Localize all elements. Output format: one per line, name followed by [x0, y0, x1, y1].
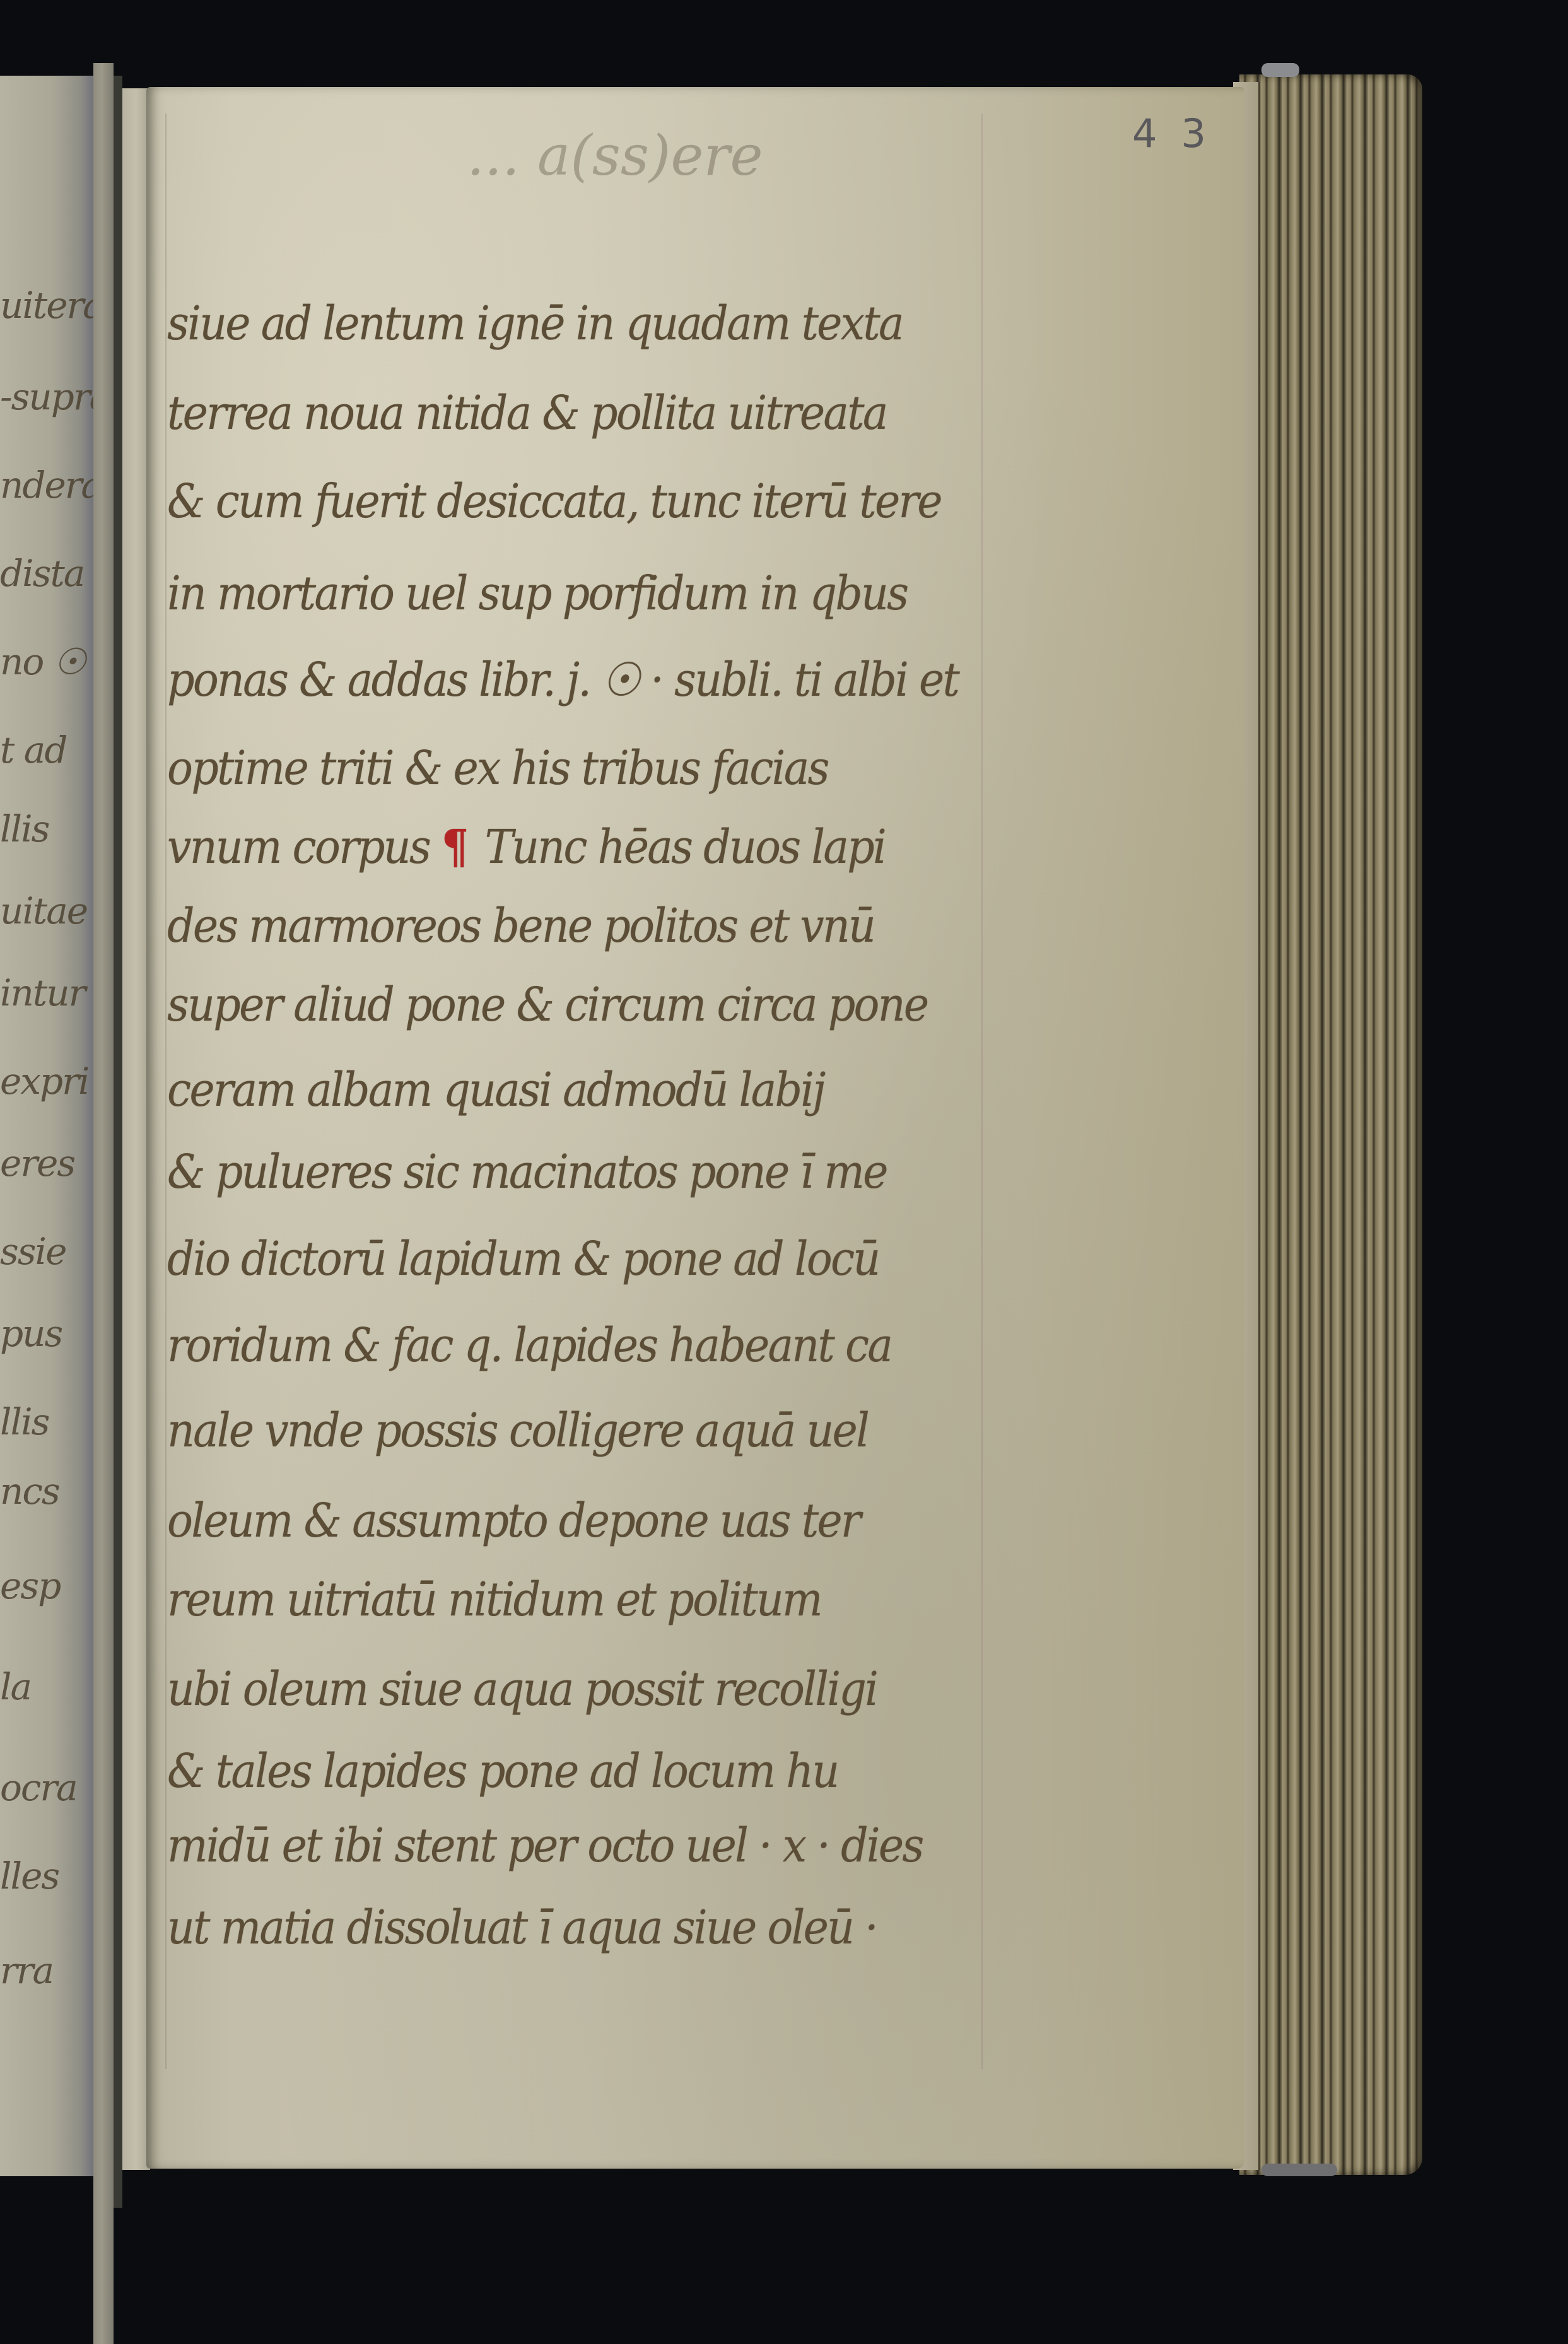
- text-line: midū et ibi stent per octo uel · x · die…: [167, 1819, 921, 1873]
- text-line: des marmoreos bene politos et vnū: [167, 899, 921, 953]
- gutter-shadow: [114, 76, 122, 2208]
- text-line: ceram albam quasi admodū labij: [167, 1063, 921, 1117]
- left-page-text: ocra: [0, 1766, 77, 1809]
- left-page-text: expri: [0, 1060, 88, 1103]
- text-segment: Tunc hēas duos lapi: [485, 820, 885, 874]
- faded-header-text: ... a(ss)ere: [467, 123, 763, 188]
- left-page-text: la: [0, 1665, 31, 1708]
- left-page-text: ssie: [0, 1230, 66, 1273]
- text-line: & tales lapides pone ad locum hu: [167, 1744, 921, 1798]
- left-page-text: llis: [0, 1400, 49, 1443]
- text-line: dio dictorū lapidum & pone ad locū: [167, 1232, 921, 1286]
- rubric-paragraph-mark: ¶: [442, 820, 467, 874]
- text-line: super aliud pone & circum circa pone: [167, 978, 921, 1032]
- folio-number: 43: [1132, 110, 1230, 156]
- left-page-text: intur: [0, 971, 85, 1014]
- left-page-text: pus: [0, 1312, 62, 1355]
- page-edges: [1239, 74, 1422, 2175]
- metal-clasp-top: [1261, 63, 1299, 77]
- left-page-text: t ad: [0, 729, 66, 771]
- text-line: & cum fuerit desiccata, tunc iterū tere: [167, 474, 921, 529]
- left-page-text: ndera: [0, 464, 95, 507]
- text-line: reum uitriatū nitidum et politum: [167, 1573, 921, 1627]
- left-page-text: lles: [0, 1855, 59, 1897]
- ruling-line-right: [981, 114, 983, 2069]
- text-line: nale vnde possis colligere aquā uel: [167, 1403, 921, 1458]
- text-line: & pulueres sic macinatos pone ī me: [167, 1145, 921, 1199]
- left-page-text: rra: [0, 1949, 53, 1992]
- text-line-with-rubric: vnum corpus ¶ Tunc hēas duos lapi: [167, 820, 921, 874]
- left-page-text: uitera: [0, 284, 95, 327]
- text-line: optime triti & ex his tribus facias: [167, 741, 921, 795]
- text-segment: vnum corpus: [167, 820, 430, 874]
- text-line: in mortario uel sup porfidum in qbus: [167, 566, 921, 621]
- text-line: roridum & fac q. lapides habeant ca: [167, 1318, 921, 1373]
- text-line: ubi oleum siue aqua possit recolligi: [167, 1662, 921, 1716]
- text-line: terrea noua nitida & pollita uitreata: [167, 386, 921, 440]
- text-line: siue ad lentum ignē in quadam texta: [167, 296, 921, 351]
- text-line: oleum & assumpto depone uas ter: [167, 1494, 921, 1548]
- metal-clasp-bottom: [1261, 2164, 1337, 2176]
- left-page-text: uitae: [0, 889, 87, 932]
- left-page-text: llis: [0, 807, 49, 850]
- ruling-line-left: [165, 114, 167, 2069]
- left-page-text: -supra: [0, 375, 95, 418]
- left-page-text: no ☉: [0, 640, 85, 683]
- text-line: ut matia dissoluat ī aqua siue oleū ·: [167, 1901, 921, 1955]
- left-page-text: ncs: [0, 1470, 59, 1513]
- left-page-text: esp: [0, 1564, 60, 1607]
- left-page-text: eres: [0, 1142, 74, 1185]
- previous-page-fragment: uitera -supra ndera dista no ☉ t ad llis…: [0, 76, 95, 2176]
- text-line: ponas & addas libr. j. ☉ · subli. ti alb…: [167, 653, 921, 707]
- left-page-text: dista: [0, 552, 84, 595]
- book-gutter-bar: [93, 63, 114, 2344]
